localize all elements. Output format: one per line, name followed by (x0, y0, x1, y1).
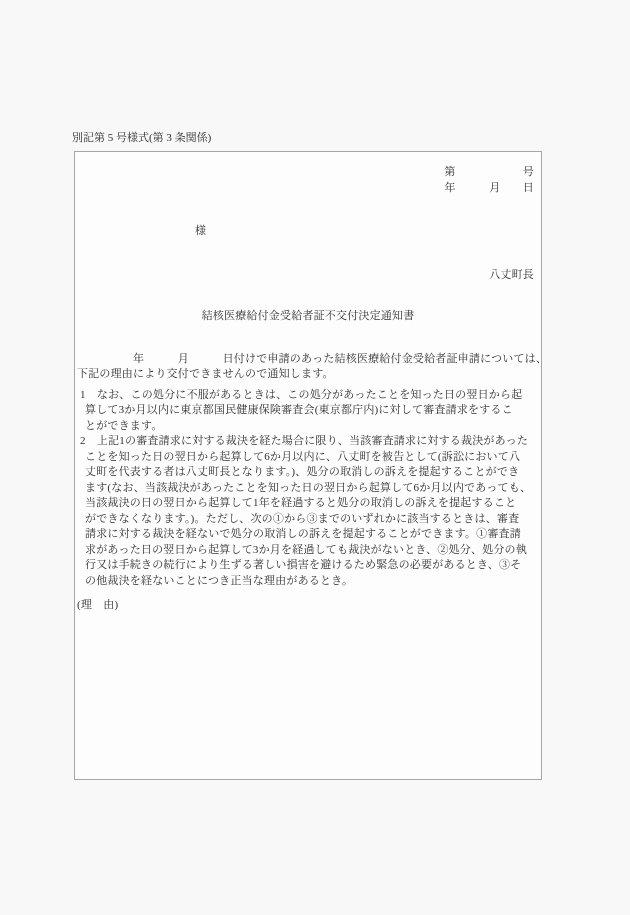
appeal-instruction-item-2: 2 上記1の審査請求に対する裁決を経た場合に限り、当該審査請求に対する裁決があっ… (75, 434, 541, 589)
form-style-label: 別記第 5 号様式(第 3 条関係) (72, 131, 211, 146)
reason-label: (理 由) (75, 598, 541, 614)
text-line: ます(なお、当該裁決があったことを知った日の翌日から起算して6か月以内であっても… (75, 481, 541, 497)
text-line: 求があった日の翌日から起算して3か月を経過しても裁決がないとき、②処分、処分の執 (75, 543, 541, 559)
doc-number-line: 第 号 (75, 165, 534, 181)
appeal-instruction-item-1: 1 なお、この処分に不服があるときは、この処分があったことを知った日の翌日から起… (75, 388, 541, 435)
document-header-block: 第 号 年 月 日 (75, 165, 541, 196)
notice-paper: 第 号 年 月 日 様 八丈町長 結核医療給付金受給者証不交付決定通知書 年 月… (74, 151, 542, 780)
text-line: 当該裁決の日の翌日から起算して1年を経過すると処分の取消しの訴えを提起すること (75, 496, 541, 512)
text-line: 下記の理由により交付できませんので通知します。 (75, 367, 541, 383)
text-line: 行又は手続きの続行により生ずる著しい損害を避けるため緊急の必要があるとき、③そ (75, 558, 541, 574)
text-line: の他裁決を経ないことにつき正当な理由があるとき。 (75, 574, 541, 590)
text-line: ことを知った日の翌日から起算して6か月以内に、八丈町を被告として(訴訟において八 (75, 450, 541, 466)
sender-title: 八丈町長 (75, 268, 541, 284)
text-line: 1 なお、この処分に不服があるときは、この処分があったことを知った日の翌日から起 (75, 388, 541, 404)
text-line: 年 月 日付けで申請のあった結核医療給付金受給者証申請については、 (75, 352, 541, 368)
text-line: 丈町を代表する者は八丈町長となります。)、処分の取消しの訴えを提起することができ (75, 465, 541, 481)
document-page: 別記第 5 号様式(第 3 条関係) 第 号 年 月 日 様 八丈町長 結核医療… (0, 0, 630, 915)
issue-date-line: 年 月 日 (75, 181, 534, 197)
document-title: 結核医療給付金受給者証不交付決定通知書 (75, 309, 541, 325)
text-line: 算して3か月以内に東京都国民健康保険審査会(東京都庁内)に対して審査請求をするこ (75, 403, 541, 419)
text-line: 2 上記1の審査請求に対する裁決を経た場合に限り、当該審査請求に対する裁決があっ… (75, 434, 541, 450)
text-line: とができます。 (75, 419, 541, 435)
text-line: 請求に対する裁決を経ないで処分の取消しの訴えを提起することができます。①審査請 (75, 527, 541, 543)
text-line: ができなくなります。)。ただし、次の①から③までのいずれかに該当するときは、審査 (75, 512, 541, 528)
intro-paragraph: 年 月 日付けで申請のあった結核医療給付金受給者証申請については、下記の理由によ… (75, 352, 541, 383)
addressee-honorific: 様 (75, 224, 541, 240)
